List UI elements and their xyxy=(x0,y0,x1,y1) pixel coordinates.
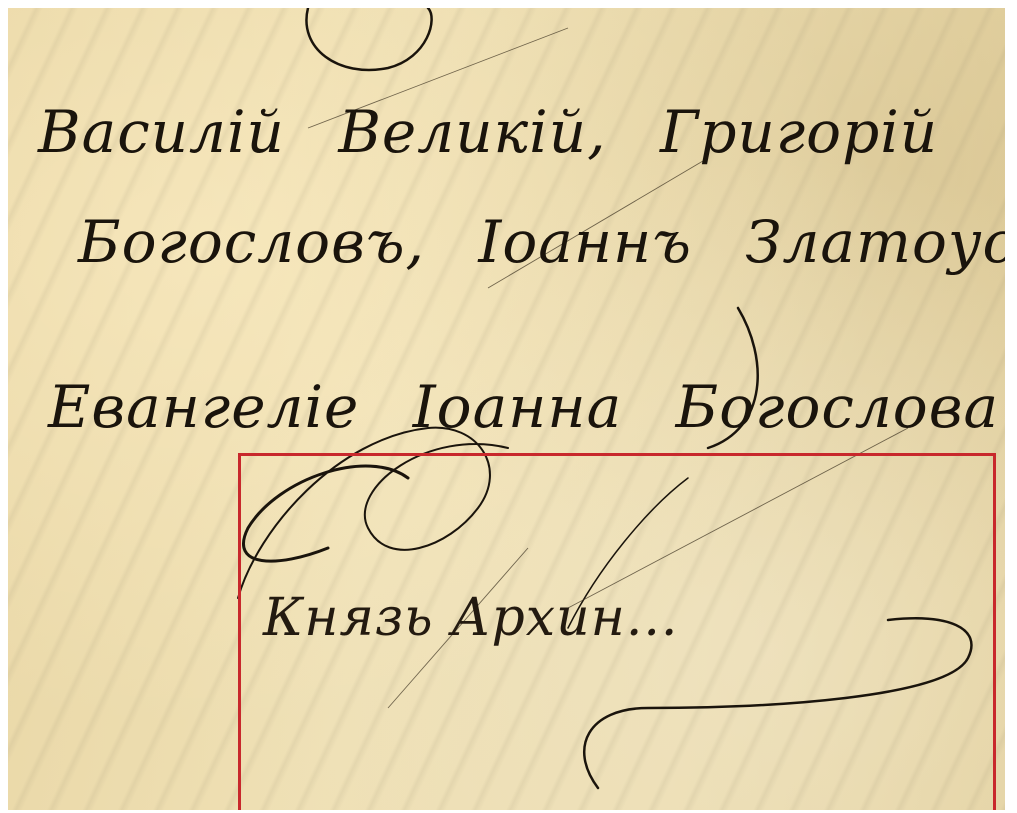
manuscript-line-1: Василій Великій, Григорій xyxy=(38,98,1005,166)
word: Григорій xyxy=(660,98,938,166)
word: Великій, xyxy=(338,98,606,166)
manuscript-line-3: Евангеліе Іоанна Богослова xyxy=(48,373,1005,441)
manuscript-line-2: Богословъ, Іоаннъ Златоустъ xyxy=(78,208,1005,276)
signature-highlight-box xyxy=(238,453,996,810)
word: Василій xyxy=(38,98,285,166)
word: Златоустъ xyxy=(745,208,1005,276)
manuscript-scan: Василій Великій, Григорій Богословъ, Іоа… xyxy=(8,8,1005,810)
word: Богословъ, xyxy=(78,208,425,276)
word: Іоаннъ xyxy=(478,208,691,276)
word: Богослова xyxy=(676,373,999,441)
word: Евангеліе xyxy=(48,373,359,441)
word: Іоанна xyxy=(413,373,622,441)
